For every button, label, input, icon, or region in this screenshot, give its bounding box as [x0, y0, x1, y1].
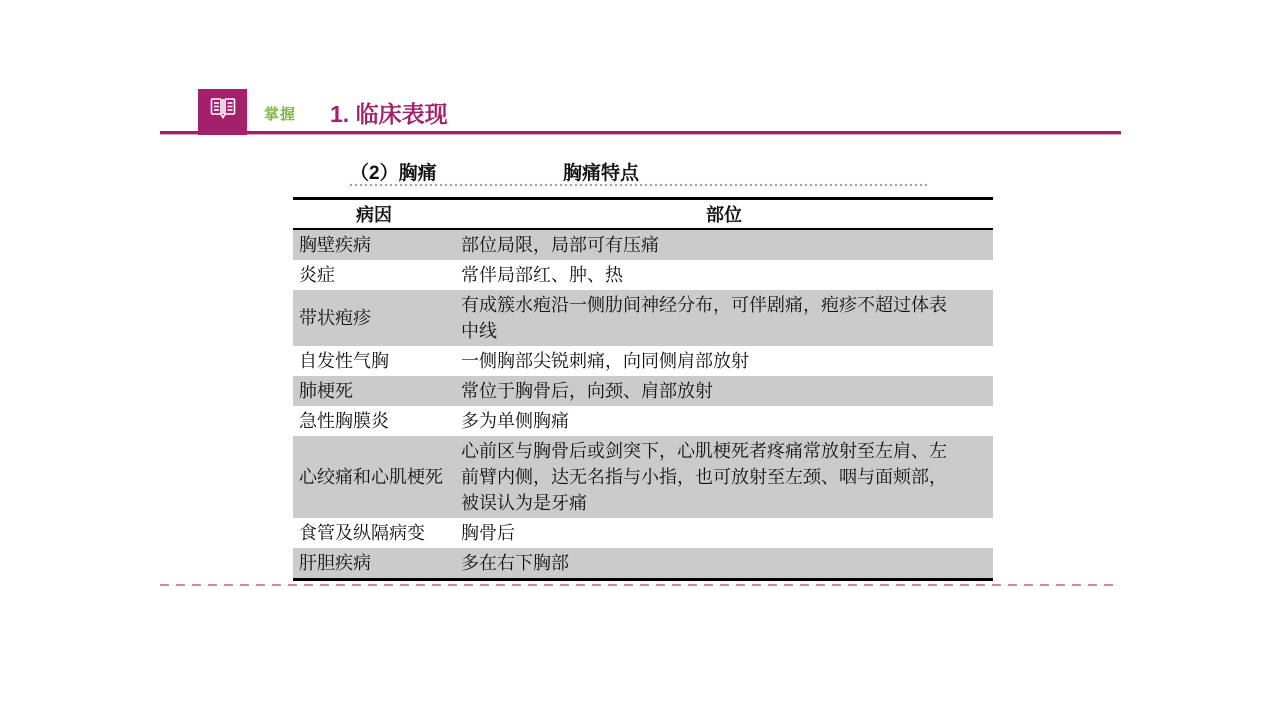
- chest-pain-table: 病因 部位 胸壁疾病 部位局限，局部可有压痛 炎症 常伴局部红、肿、热 带状疱疹…: [293, 197, 993, 581]
- presentation-slide: 掌握 1. 临床表现 （2）胸痛 胸痛特点 病因 部位 胸壁疾病 部位局限，局部…: [0, 0, 1280, 720]
- location-cell: 一侧胸部尖锐刺痛，向同侧肩部放射: [455, 346, 993, 376]
- location-cell: 心前区与胸骨后或剑突下，心肌梗死者疼痛常放射至左肩、左前臂内侧，达无名指与小指，…: [455, 436, 993, 518]
- page-title: 1. 临床表现: [330, 96, 448, 129]
- location-cell: 多在右下胸部: [455, 548, 993, 580]
- location-cell: 常位于胸骨后，向颈、肩部放射: [455, 376, 993, 406]
- chest-pain-table-container: 病因 部位 胸壁疾病 部位局限，局部可有压痛 炎症 常伴局部红、肿、热 带状疱疹…: [293, 197, 993, 581]
- bottom-dashed-divider: [160, 584, 1116, 586]
- location-cell: 有成簇水疱沿一侧肋间神经分布，可伴剧痛，疱疹不超过体表中线: [455, 290, 993, 346]
- cause-cell: 自发性气胸: [293, 346, 455, 376]
- subtitle-dotted-underline: [350, 184, 928, 186]
- table-header-row: 病因 部位: [293, 199, 993, 229]
- header-divider: [160, 131, 1121, 135]
- chapter-badge: [198, 89, 247, 135]
- table-row: 胸壁疾病 部位局限，局部可有压痛: [293, 229, 993, 260]
- cause-cell: 胸壁疾病: [293, 229, 455, 260]
- cause-cell: 食管及纵隔病变: [293, 518, 455, 548]
- mastery-level-label: 掌握: [264, 103, 296, 124]
- table-row: 肝胆疾病 多在右下胸部: [293, 548, 993, 580]
- table-row: 炎症 常伴局部红、肿、热: [293, 260, 993, 290]
- cause-cell: 炎症: [293, 260, 455, 290]
- location-cell: 常伴局部红、肿、热: [455, 260, 993, 290]
- cause-cell: 肝胆疾病: [293, 548, 455, 580]
- table-row: 自发性气胸 一侧胸部尖锐刺痛，向同侧肩部放射: [293, 346, 993, 376]
- subtitle-chest-pain-features: 胸痛特点: [563, 158, 639, 185]
- table-row: 心绞痛和心肌梗死 心前区与胸骨后或剑突下，心肌梗死者疼痛常放射至左肩、左前臂内侧…: [293, 436, 993, 518]
- cause-cell: 心绞痛和心肌梗死: [293, 436, 455, 518]
- location-cell: 部位局限，局部可有压痛: [455, 229, 993, 260]
- subtitle-chest-pain: （2）胸痛: [350, 158, 437, 185]
- column-header-location: 部位: [455, 199, 993, 229]
- cause-cell: 带状疱疹: [293, 290, 455, 346]
- cause-cell: 肺梗死: [293, 376, 455, 406]
- table-row: 带状疱疹 有成簇水疱沿一侧肋间神经分布，可伴剧痛，疱疹不超过体表中线: [293, 290, 993, 346]
- table-row: 食管及纵隔病变 胸骨后: [293, 518, 993, 548]
- location-cell: 胸骨后: [455, 518, 993, 548]
- table-row: 急性胸膜炎 多为单侧胸痛: [293, 406, 993, 436]
- table-row: 肺梗死 常位于胸骨后，向颈、肩部放射: [293, 376, 993, 406]
- location-cell: 多为单侧胸痛: [455, 406, 993, 436]
- column-header-cause: 病因: [293, 199, 455, 229]
- cause-cell: 急性胸膜炎: [293, 406, 455, 436]
- open-book-icon: [207, 96, 239, 128]
